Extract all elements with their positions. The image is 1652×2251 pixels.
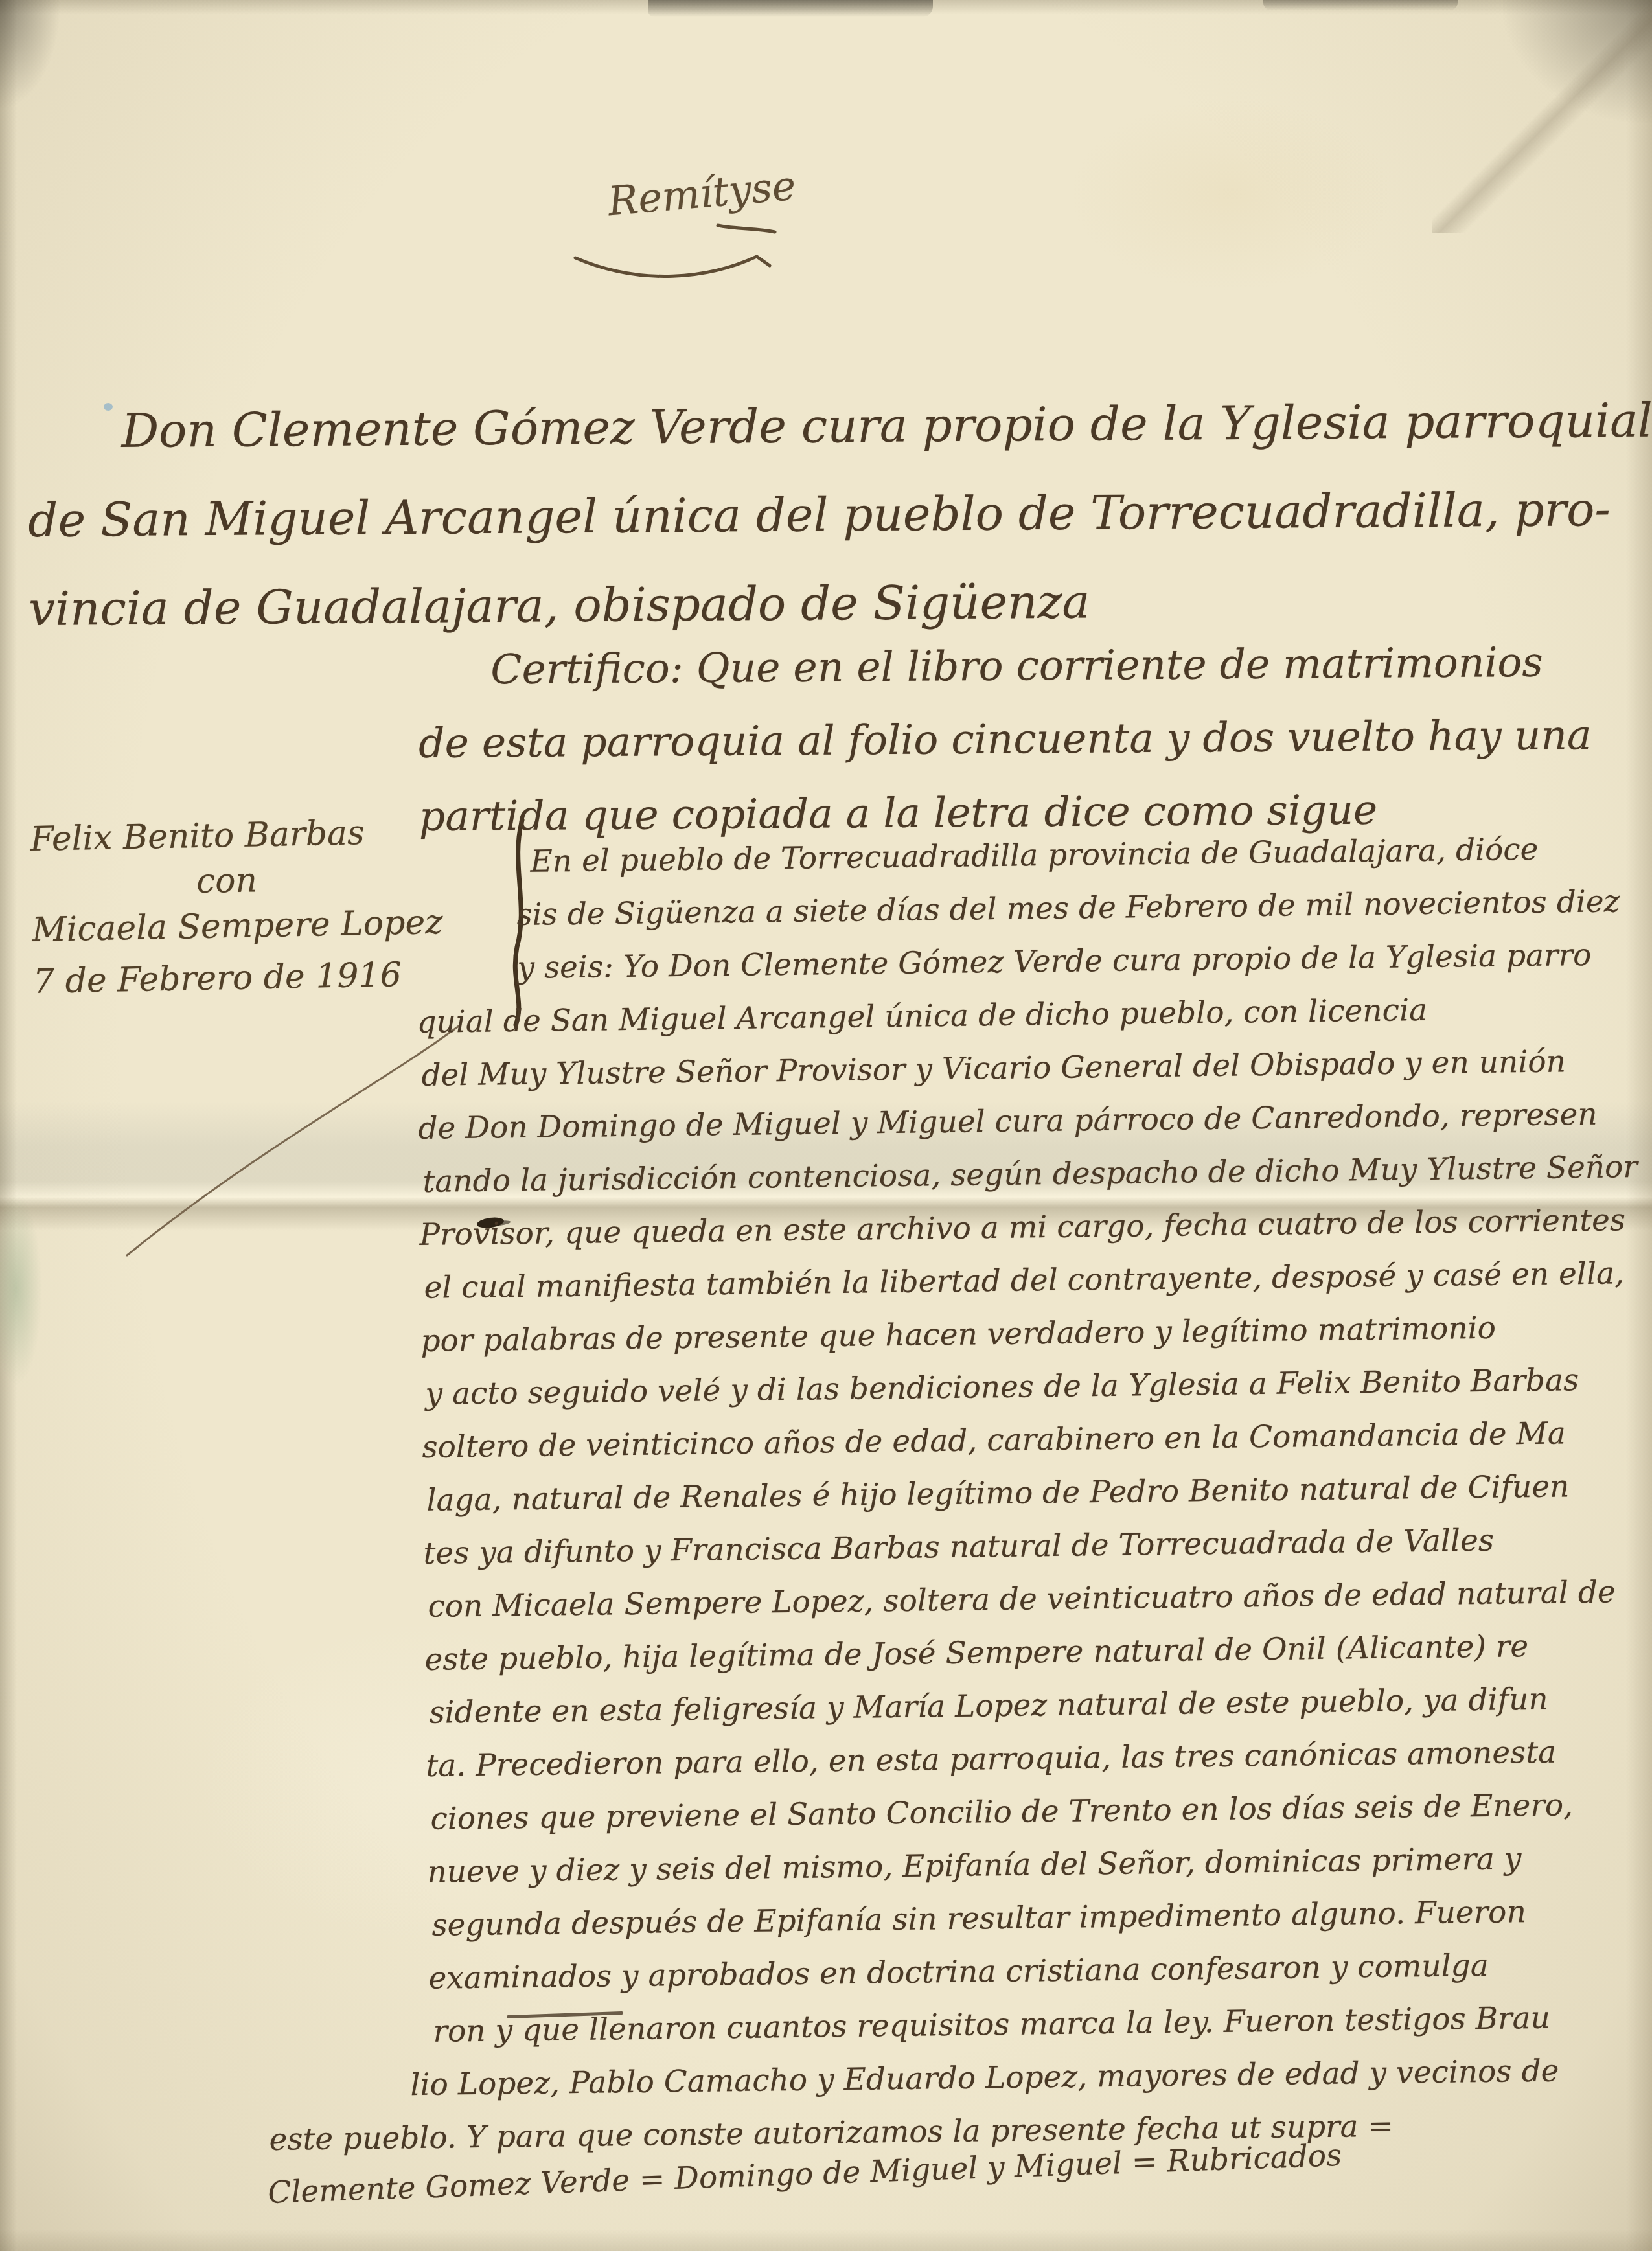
certification-line: Certifico: Que en el libro corriente de … (490, 625, 1591, 706)
margin-note-groom: Felix Benito Barbas (30, 806, 442, 865)
certification-paragraph: Certifico: Que en el libro corriente de … (418, 625, 1592, 853)
diagonal-crease-top-right (1432, 0, 1652, 233)
margin-note-date: 7 de Febrero de 1916 (32, 948, 444, 1008)
scanned-document-page: Remítyse Don Clemente Gómez Verde cura p… (0, 0, 1652, 2251)
margin-note: Felix Benito Barbas con Micaela Sempere … (30, 806, 444, 1008)
torn-top-edge-right (1263, 0, 1458, 10)
margin-note-conjunction: con (196, 858, 442, 901)
margin-note-bride: Micaela Sempere Lopez (32, 897, 444, 956)
torn-top-edge (648, 0, 933, 17)
opening-line: de San Miguel Arcangel única del pueblo … (28, 464, 1652, 565)
opening-paragraph: Don Clemente Gómez Verde cura propio de … (27, 376, 1652, 654)
opening-line: Don Clemente Gómez Verde cura propio de … (121, 376, 1652, 475)
marriage-record-body: En el pueblo de Torrecuadradilla provinc… (415, 822, 1646, 2218)
corner-shadow-top-left (0, 0, 62, 110)
certification-line: de esta parroquia al folio cincuenta y d… (419, 698, 1592, 780)
